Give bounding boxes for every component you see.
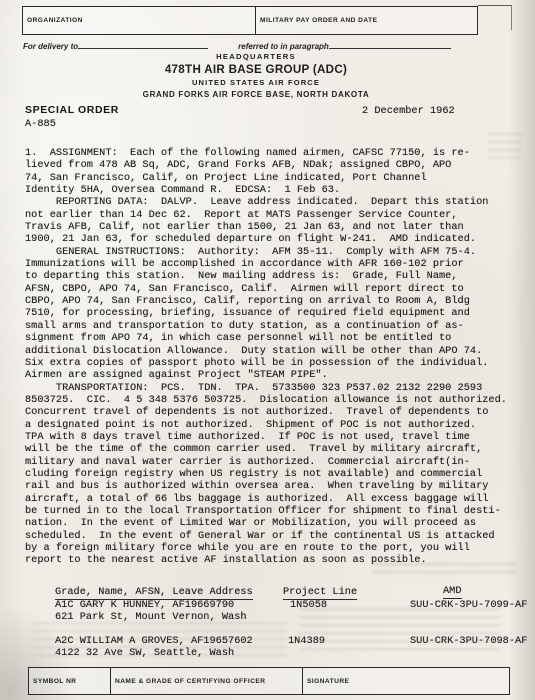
referred-label: referred to in paragraph bbox=[238, 42, 329, 51]
roster-row2-address: 4122 32 Ave SW, Seattle, Wash bbox=[55, 647, 234, 659]
organization-cell: ORGANIZATION bbox=[23, 7, 256, 34]
roster-header-amd: AMD bbox=[443, 585, 462, 599]
letterhead: HEADQUARTERS 478TH AIR BASE GROUP (ADC) … bbox=[0, 52, 512, 99]
symbol-nr-label: SYMBOL NR bbox=[33, 678, 77, 685]
scan-edge-artifact bbox=[478, 5, 512, 30]
bleed-through-artifact bbox=[300, 608, 500, 654]
order-date: 2 December 1962 bbox=[362, 105, 455, 117]
delivery-label: For delivery to bbox=[23, 42, 78, 51]
paragraph-blank-line bbox=[329, 41, 451, 49]
roster-header-grade-name: Grade, Name, AFSN, Leave Address bbox=[55, 586, 253, 600]
certifying-officer-cell: NAME & GRADE OF CERTIFYING OFFICER bbox=[111, 668, 303, 694]
order-number: A-885 bbox=[25, 118, 56, 130]
signature-label: SIGNATURE bbox=[307, 678, 349, 685]
certifying-officer-form-box: SYMBOL NR NAME & GRADE OF CERTIFYING OFF… bbox=[28, 667, 510, 695]
delivery-blank-line bbox=[78, 41, 208, 49]
certifying-officer-label: NAME & GRADE OF CERTIFYING OFFICER bbox=[115, 678, 265, 685]
organization-label: ORGANIZATION bbox=[27, 17, 83, 24]
order-body: 1. ASSIGNMENT: Each of the following nam… bbox=[25, 147, 530, 567]
roster-row1-amd: SUU-CRK-3PU-7099-AF bbox=[410, 599, 527, 611]
pay-order-label: MILITARY PAY ORDER AND DATE bbox=[260, 17, 377, 24]
roster-header-project-line: Project Line bbox=[283, 586, 357, 600]
signature-cell: SIGNATURE bbox=[303, 668, 509, 694]
letterhead-unit-name: 478TH AIR BASE GROUP (ADC) bbox=[0, 63, 512, 76]
roster-row1-project-line: 1N5058 bbox=[290, 599, 327, 611]
pay-order-cell: MILITARY PAY ORDER AND DATE bbox=[256, 7, 381, 34]
roster-row2-name: A2C WILLIAM A GROVES, AF19657602 bbox=[55, 635, 253, 647]
special-order-title: SPECIAL ORDER bbox=[25, 104, 119, 116]
roster-row1-address: 621 Park St, Mount Vernon, Wash bbox=[55, 611, 247, 623]
delivery-row: For delivery toreferred to in paragraph bbox=[23, 36, 493, 48]
pay-order-form-box: ORGANIZATION MILITARY PAY ORDER AND DATE bbox=[22, 6, 478, 35]
scanned-special-order-document: ORGANIZATION MILITARY PAY ORDER AND DATE… bbox=[0, 0, 535, 700]
letterhead-base: GRAND FORKS AIR FORCE BASE, NORTH DAKOTA bbox=[0, 90, 512, 99]
bleed-through-artifact bbox=[32, 622, 287, 658]
letterhead-service: UNITED STATES AIR FORCE bbox=[0, 78, 512, 87]
paragraph-transportation: TRANSPORTATION: PCS. TDN. TPA. 5733500 3… bbox=[25, 382, 530, 567]
paragraph-general-instructions: GENERAL INSTRUCTIONS: Authority: AFM 35-… bbox=[25, 246, 530, 382]
symbol-nr-cell: SYMBOL NR bbox=[29, 668, 111, 694]
paragraph-assignment: 1. ASSIGNMENT: Each of the following nam… bbox=[25, 147, 530, 196]
roster-row2-project-line: 1N4389 bbox=[288, 635, 325, 647]
letterhead-headquarters: HEADQUARTERS bbox=[0, 52, 512, 61]
roster-row1-name: A1C GARY K HUNNEY, AF19669790 bbox=[55, 599, 234, 611]
paragraph-reporting-data: REPORTING DATA: DALVP. Leave address ind… bbox=[25, 196, 530, 245]
roster-row2-amd: SUU-CRK-3PU-7098-AF bbox=[410, 635, 527, 647]
